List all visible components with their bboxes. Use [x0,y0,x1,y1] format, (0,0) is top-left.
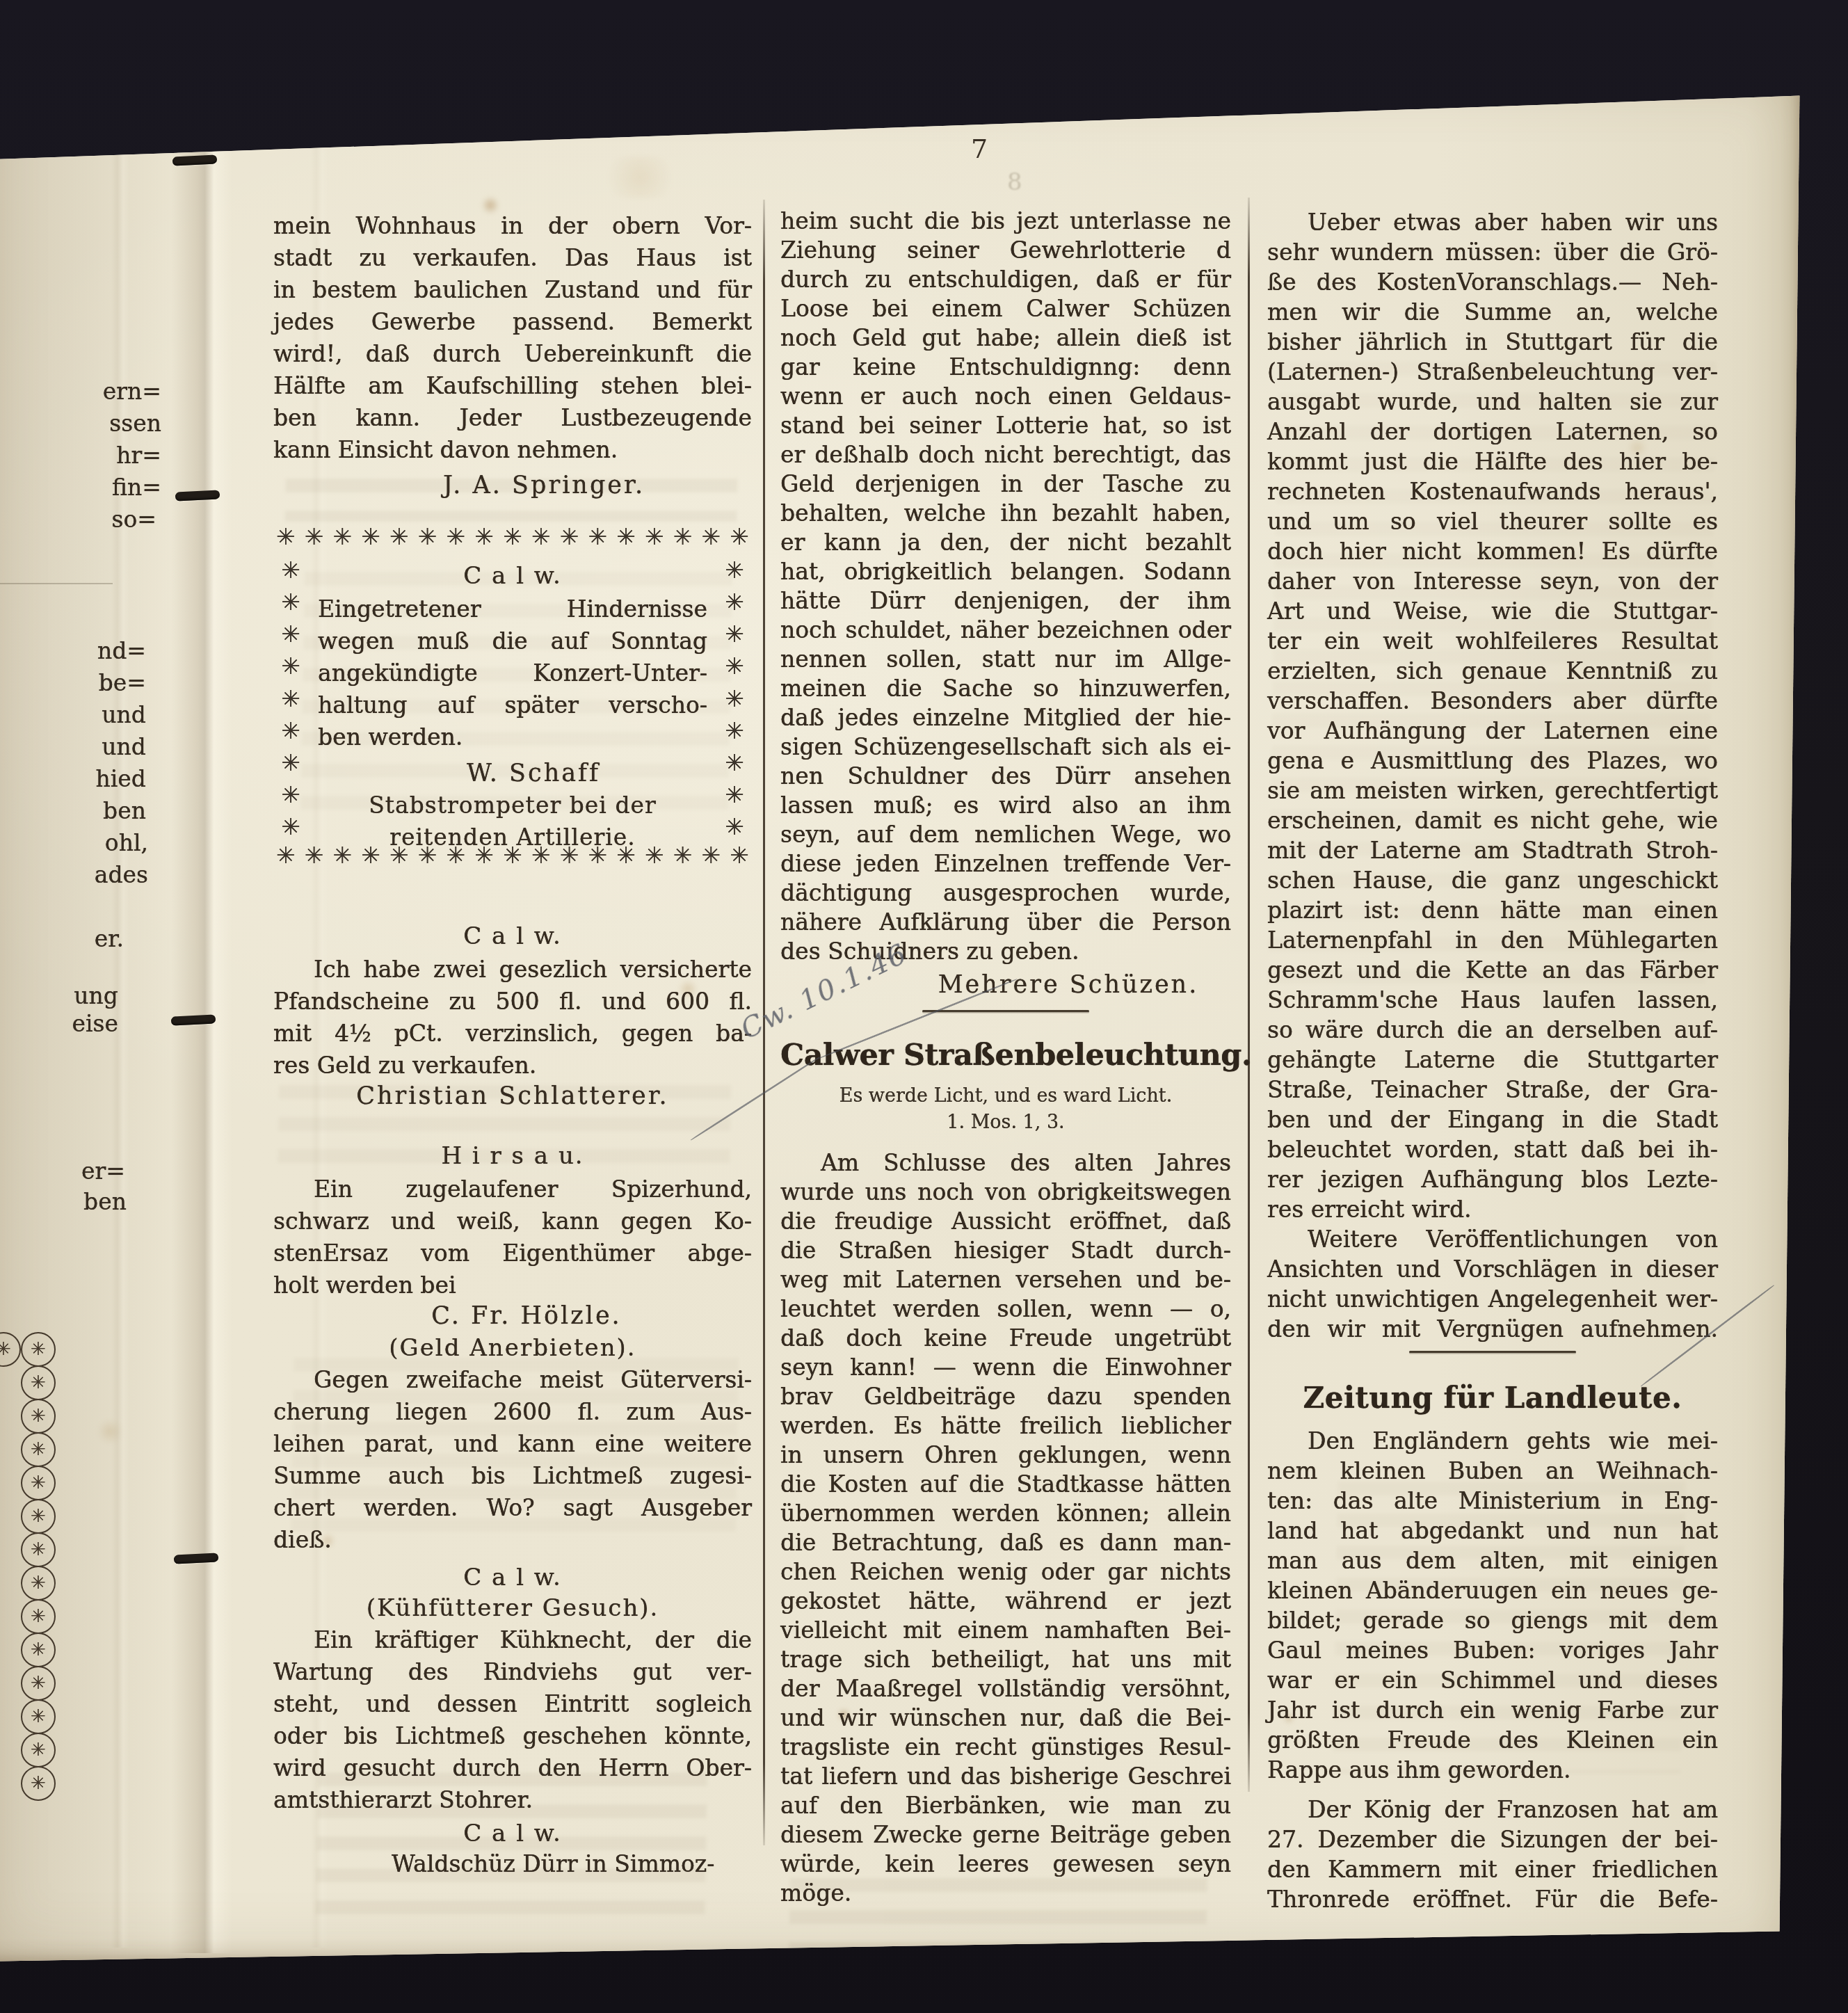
text-line: dächtigung ausgesprochen wurde, [780,879,1231,908]
text-line: doch hier nicht kommen! Es dürfte [1267,538,1718,567]
text-line: vor Aufhängung der Laternen eine [1267,717,1718,746]
text-line: diese jeden Einzelnen treffende Ver- [780,850,1231,879]
text-line: bildet; gerade so giengs mit dem [1267,1607,1718,1636]
star-ornament-icon: ✳ [361,523,380,552]
page-content: 7 8 ern=ssenhr=fin=so=nd=be=undundhiedbe… [0,0,1848,2013]
text-line: vielleicht mit einem namhaften Bei- [780,1617,1231,1646]
text-line: hätte Dürr denjenigen, der ihm [780,587,1231,616]
text-line: sie am meisten wirken, gerechtfertigt [1267,777,1718,806]
text-line: auf den Bierbänken, wie man zu [780,1792,1231,1821]
text-line: gehängte Laterne die Stuttgarter [1267,1046,1718,1075]
text-line: Gegen zweifache meist Güterversi- [273,1366,752,1395]
star-ornament-icon: ✳ [281,685,300,712]
text-line: stenErsaz vom Eigenthümer abge- [273,1240,752,1269]
text-line: Ueber etwas aber haben wir uns [1267,209,1718,238]
rosette-ornament-icon: ✳ [21,1566,56,1601]
facing-page-text-fragment: ben [0,1188,127,1215]
text-line: bisher jährlich in Stuttgart für die [1267,328,1718,358]
text-line: schen Hause, die ganz ungeschickt [1267,867,1718,896]
text-line: noch schuldet, näher bezeichnen oder [780,616,1231,645]
text-line: holt werden bei [273,1272,752,1301]
star-ornament-icon: ✳ [276,523,296,552]
star-ornament-icon: ✳ [725,652,744,680]
text-line: lassen muß; es wird also an ihm [780,792,1231,821]
rosette-ornament-icon: ✳ [21,1399,56,1434]
article-subtitle: Es werde Licht, und es ward Licht. [780,1085,1231,1107]
text-line: brav Geldbeiträge dazu spenden [780,1383,1231,1412]
star-ornament-icon: ✳ [645,523,664,552]
text-line: kann Einsicht davon nehmen. [273,436,752,465]
signature: Christian Schlatterer. [273,1082,752,1110]
text-line: mit 4½ pCt. verzinslich, gegen ba- [273,1020,752,1049]
section-heading: C a l w. [273,1564,752,1591]
star-ornament-icon: ✳ [725,588,744,616]
facing-page-text-fragment: ben [0,797,146,824]
text-line: nen Schuldner des Dürr ansehen [780,762,1231,792]
text-line: Pfandscheine zu 500 fl. und 600 fl. [273,988,752,1017]
text-line: stand bei seiner Lotterie hat, so ist [780,412,1231,441]
text-line: chen Reichen wenig oder gar nichts [780,1558,1231,1587]
facing-page-text-fragment: er= [0,1157,125,1185]
text-line: sigen Schüzengesellschaft sich als ei- [780,733,1231,762]
star-ornament-icon: ✳ [701,523,721,552]
text-line: (Laternen-) Straßenbeleuchtung ver- [1267,358,1718,387]
text-line: ße des KostenVoranschlags.— Neh- [1267,268,1718,298]
text-line: steht, und dessen Eintritt sogleich [273,1690,752,1719]
text-line: gesezt und die Kette an das Färber [1267,956,1718,986]
text-line: würde, kein leeres gewesen seyn [780,1850,1231,1879]
text-line: wird!, daß durch Uebereinkunft die [273,340,752,369]
article-title: Zeitung für Landleute. [1267,1381,1718,1415]
margin-rule-fragment [0,583,113,584]
star-ornament-icon: ✳ [503,523,522,552]
text-line: Wartung des Rindviehs gut ver- [273,1658,752,1687]
facing-page-text-fragment: und [0,701,146,728]
star-ornament-icon: ✳ [725,685,744,712]
signature: J. A. Springer. [305,472,783,499]
text-line: größten Freude des Kleinen ein [1267,1726,1718,1756]
rosette-ornament-icon: ✳ [21,1733,56,1767]
text-line: ben kann. Jeder Lustbezeugende [273,404,752,433]
star-ornament-icon: ✳ [560,523,579,552]
signature: reitenden Artillerie. [273,824,752,851]
text-line: er deßhalb doch nicht berechtigt, das [780,441,1231,470]
text-line: man aus dem alten, mit einigen [1267,1547,1718,1576]
text-line: er kann ja den, der nicht bezahlt [780,529,1231,558]
text-line: und um so viel theurer sollte es [1267,508,1718,537]
text-line: Der König der Franzosen hat am [1267,1796,1718,1825]
text-line: so wäre durch die an derselben auf- [1267,1016,1718,1045]
text-line: wurde uns noch von obrigkeitswegen [780,1178,1231,1208]
text-line: mit der Laterne am Stadtrath Stroh- [1267,837,1718,866]
rosette-ornament-icon: ✳ [21,1633,56,1667]
text-line: chert werden. Wo? sagt Ausgeber [273,1494,752,1523]
text-line: nem kleinen Buben an Weihnach- [1267,1457,1718,1486]
text-line: Summe auch bis Lichtmeß zugesi- [273,1462,752,1491]
ornament-box-title: C a l w. [273,562,752,590]
text-line: nennen sollen, statt nur im Allge- [780,645,1231,675]
text-line: hat, obrigkeitlich belangen. Sodann [780,558,1231,587]
star-ornament-icon: ✳ [616,523,636,552]
rosette-ornament-icon: ✳ [21,1699,56,1734]
text-line: ten: das alte Ministerium in Eng- [1267,1487,1718,1516]
text-line: die Kosten auf die Stadtkasse hätten [780,1470,1231,1500]
text-line: Eingetretener Hindernisse [318,595,707,625]
text-line: Jahr ist durch ein wenig Farbe zur [1267,1697,1718,1726]
text-line: gena e Ausmittlung des Plazes, wo [1267,747,1718,776]
scan-background: { "page": { "number": "7", "ghost_number… [0,0,1848,2013]
star-ornament-icon: ✳ [531,523,551,552]
text-line: res Geld zu verkaufen. [273,1052,752,1081]
text-line: werden. Es hätte freilich lieblicher [780,1412,1231,1441]
star-ornament-icon: ✳ [588,523,607,552]
text-line: jedes Gewerbe passend. Bemerkt [273,308,752,337]
text-line: Waldschüz Dürr in Simmoz- [273,1850,752,1879]
text-line: daher von Interesse seyn, von der [1267,568,1718,597]
star-ornament-icon: ✳ [673,523,693,552]
text-line: wird gesucht durch den Herrn Ober- [273,1754,752,1783]
text-line: Den Engländern gehts wie mei- [1267,1427,1718,1457]
facing-page-text-fragment: nd= [0,637,146,664]
text-line: übernommen werden können; allein [780,1500,1231,1529]
text-line: res erreicht wird. [1267,1196,1718,1225]
text-line: behalten, welche ihn bezahlt haben, [780,499,1231,529]
text-line: die Straßen hiesiger Stadt durch- [780,1237,1231,1266]
facing-page-text-fragment: er. [0,925,124,952]
text-line: angekündigte Konzert-Unter- [318,659,707,689]
text-line: der Maaßregel vollständig versöhnt, [780,1675,1231,1704]
text-line: Schramm'sche Haus laufen lassen, [1267,986,1718,1016]
text-line: in unsern Ohren geklungen, wenn [780,1441,1231,1470]
text-line: rechneten Kostenaufwands heraus', [1267,478,1718,507]
section-heading: (Geld Anerbieten). [273,1334,752,1362]
text-line: nicht unwichtigen Angelegenheit wer- [1267,1285,1718,1315]
text-line: Ich habe zwei gesezlich versicherte [273,956,752,985]
text-line: haltung auf später verscho- [318,691,707,721]
text-line: Gaul meines Buben: voriges Jahr [1267,1637,1718,1666]
text-line: seyn kann! — wenn die Einwohner [780,1354,1231,1383]
text-line: gar keine Entschuldignng: denn [780,353,1231,383]
facing-page-text-fragment: ssen [8,410,161,437]
section-divider [922,1010,1089,1012]
facing-page-text-fragment: so= [3,506,156,533]
rosette-ornament-icon: ✳ [21,1499,56,1534]
text-line: den Kammern mit einer friedlichen [1267,1856,1718,1885]
text-line: ben werden. [318,723,707,753]
text-line: und wir wünschen nur, daß die Bei- [780,1704,1231,1733]
section-heading: (Kühfütterer Gesuch). [273,1594,752,1622]
text-line: ben und der Eingang in die Stadt [1267,1106,1718,1135]
text-line: nähere Aufklärung über die Person [780,908,1231,938]
facing-page-text-fragment: ern= [8,378,161,405]
text-line: durch zu entschuldigen, daß er für [780,266,1231,295]
text-line: noch Geld gut habe; allein dieß ist [780,324,1231,353]
text-line: daß jedes einzelne Mitglied der hie- [780,704,1231,733]
text-line: weg mit Laternen versehen und be- [780,1266,1231,1295]
rosette-ornament-icon: ✳ [21,1599,56,1634]
text-line: war er ein Schimmel und dieses [1267,1667,1718,1696]
text-line: gekostet hätte, während er jezt [780,1587,1231,1617]
text-line: in bestem baulichen Zustand und für [273,276,752,305]
text-line: Ein kräftiger Kühknecht, der die [273,1626,752,1655]
facing-page-text-fragment: hr= [8,442,161,469]
text-line: meinen die Sache so hinzuwerfen, [780,675,1231,704]
text-line: trage sich betheiligt, hat uns mit [780,1646,1231,1675]
text-line: Hälfte am Kaufschilling stehen blei- [273,372,752,401]
text-line: Ziehung seiner Gewehrlotterie d [780,236,1231,266]
column-col1: mein Wohnhaus in der obern Vor-stadt zu … [273,0,752,2013]
column-col3: Ueber etwas aber haben wir unssehr wunde… [1267,0,1718,2013]
binding-gutter [171,75,232,1953]
facing-page-text-fragment: eise [0,1010,118,1037]
newspaper-page: 7 8 ern=ssenhr=fin=so=nd=be=undundhiedbe… [0,73,1801,1962]
column-col2: heim sucht die bis jezt unterlasse neZie… [780,0,1231,2013]
text-line: die freudige Aussicht eröffnet, daß [780,1208,1231,1237]
text-line: Anzahl der dortigen Laternen, so [1267,418,1718,447]
signature: C. Fr. Hölzle. [287,1302,766,1330]
star-ornament-icon: ✳ [281,620,300,648]
star-ornament-icon: ✳ [281,652,300,680]
text-line: wegen muß die auf Sonntag [318,627,707,657]
text-line: leihen parat, und kann eine weitere [273,1430,752,1459]
rosette-ornament-icon: ✳ [21,1666,56,1701]
text-line: Art und Weise, wie die Stuttgar- [1267,598,1718,627]
text-line: 27. Dezember die Sizungen der bei- [1267,1826,1718,1855]
signature: Mehrere Schüzen. [843,971,1294,999]
rosette-ornament-icon: ✳ [21,1766,56,1801]
text-line: Ein zugelaufener Spizerhund, [273,1176,752,1205]
star-ornament-icon: ✳ [725,620,744,648]
text-line: Thronrede eröffnet. Für die Befe- [1267,1886,1718,1915]
text-line: plazirt ist: denn hätte man einen [1267,897,1718,926]
text-line: Loose bei einem Calwer Schüzen [780,295,1231,324]
text-line: Straße, Teinacher Straße, der Gra- [1267,1076,1718,1105]
text-line: rer jezigen Aufhängung blos Lezte- [1267,1166,1718,1195]
text-line: verschaffen. Besonders aber dürfte [1267,687,1718,716]
rosette-ornament-icon: ✳ [21,1432,56,1467]
signature: W. Schaff [294,760,773,787]
facing-page-text-fragment: ades [0,861,148,888]
facing-page-text-fragment: hied [0,765,146,792]
article-title: Calwer Straßenbeleuchtung. [780,1038,1231,1073]
section-heading: C a l w. [273,1820,752,1847]
text-line: leuchtet werden sollen, wenn — o, [780,1295,1231,1324]
text-line: cherung liegen 2600 fl. zum Aus- [273,1398,752,1427]
section-heading: C a l w. [273,922,752,950]
rosette-ornament-icon: ✳ [21,1532,56,1567]
text-line: erzielten, sich genaue Kenntniß zu [1267,657,1718,687]
star-ornament-icon: ✳ [281,588,300,616]
text-line: Laternenpfahl in den Mühlegarten [1267,927,1718,956]
signature: Stabstrompeter bei der [273,792,752,819]
text-line: amtsthierarzt Stohrer. [273,1786,752,1815]
text-line: dieß. [273,1526,752,1555]
text-line: oder bis Lichtmeß geschehen könnte, [273,1722,752,1751]
section-heading: H i r s a u. [273,1142,752,1170]
text-line: seyn, auf dem nemlichen Wege, wo [780,821,1231,850]
text-line: daß doch keine Freude ungetrübt [780,1324,1231,1354]
facing-page-text-fragment: ohl, [0,829,148,856]
text-line: Am Schlusse des alten Jahres [780,1149,1231,1178]
star-ornament-icon: ✳ [305,523,324,552]
text-line: sehr wundern müssen: über die Grö- [1267,239,1718,268]
text-line: kommt just die Hälfte des hier be- [1267,448,1718,477]
text-line: mein Wohnhaus in der obern Vor- [273,212,752,241]
facing-page-text-fragment: fin= [8,474,161,501]
star-ornament-icon: ✳ [281,717,300,744]
rosette-ornament-icon: ✳ [21,1365,56,1400]
text-line: beleuchtet worden, statt daß bei ih- [1267,1136,1718,1165]
facing-page-text-fragment: ung [0,982,118,1009]
text-line: tragsliste ein recht günstiges Resul- [780,1733,1231,1763]
text-line: Geld derjenigen in der Tasche zu [780,470,1231,499]
text-line: diesem Zwecke gerne Beiträge geben [780,1821,1231,1850]
text-line: den wir mit Vergnügen aufnehmen. [1267,1315,1718,1345]
section-divider [1409,1351,1576,1353]
text-line: wenn er auch noch einen Geldaus- [780,383,1231,412]
star-ornament-icon: ✳ [730,523,749,552]
ornament-box: ✳✳✳✳✳✳✳✳✳✳✳✳✳✳✳✳✳✳✳✳✳✳✳✳✳✳✳✳✳✳✳✳✳✳✳✳✳✳✳✳… [273,523,752,871]
rosette-ornament-icon: ✳ [21,1466,56,1500]
text-line: möge. [780,1879,1231,1909]
text-line: Ansichten und Vorschlägen in dieser [1267,1256,1718,1285]
fox-spot [97,1419,122,1444]
text-line: die Betrachtung, daß es dann man- [780,1529,1231,1558]
text-line: tat liefern und das bisherige Geschrei [780,1763,1231,1792]
article-subtitle: 1. Mos. 1, 3. [780,1112,1231,1133]
text-line: schwarz und weiß, kann gegen Ko- [273,1208,752,1237]
text-line: land hat abgedankt und nun hat [1267,1517,1718,1546]
text-line: stadt zu verkaufen. Das Haus ist [273,244,752,273]
text-line: erscheinen, damit es nicht gehe, wie [1267,807,1718,836]
text-line: Rappe aus ihm geworden. [1267,1756,1718,1786]
text-line: ter ein weit wohlfeileres Resultat [1267,627,1718,657]
text-line: kleinen Abänderuugen ein neues ge- [1267,1577,1718,1606]
facing-page-text-fragment: und [0,733,146,760]
text-line: Weitere Veröffentlichungen von [1267,1226,1718,1255]
star-ornament-icon: ✳ [474,523,494,552]
star-ornament-icon: ✳ [447,523,466,552]
star-ornament-icon: ✳ [389,523,409,552]
ornament-border-top: ✳✳✳✳✳✳✳✳✳✳✳✳✳✳✳✳✳ [276,523,749,552]
facing-page-text-fragment: be= [0,669,146,696]
text-line: ausgabt wurde, und halten sie zur [1267,388,1718,417]
page-number: 7 [951,134,1007,164]
rosette-ornament-icon: ✳ [21,1332,56,1367]
text-line: men wir die Summe an, welche [1267,298,1718,328]
text-line: heim sucht die bis jezt unterlasse ne [780,207,1231,236]
star-ornament-icon: ✳ [418,523,437,552]
star-ornament-icon: ✳ [333,523,353,552]
star-ornament-icon: ✳ [725,717,744,744]
